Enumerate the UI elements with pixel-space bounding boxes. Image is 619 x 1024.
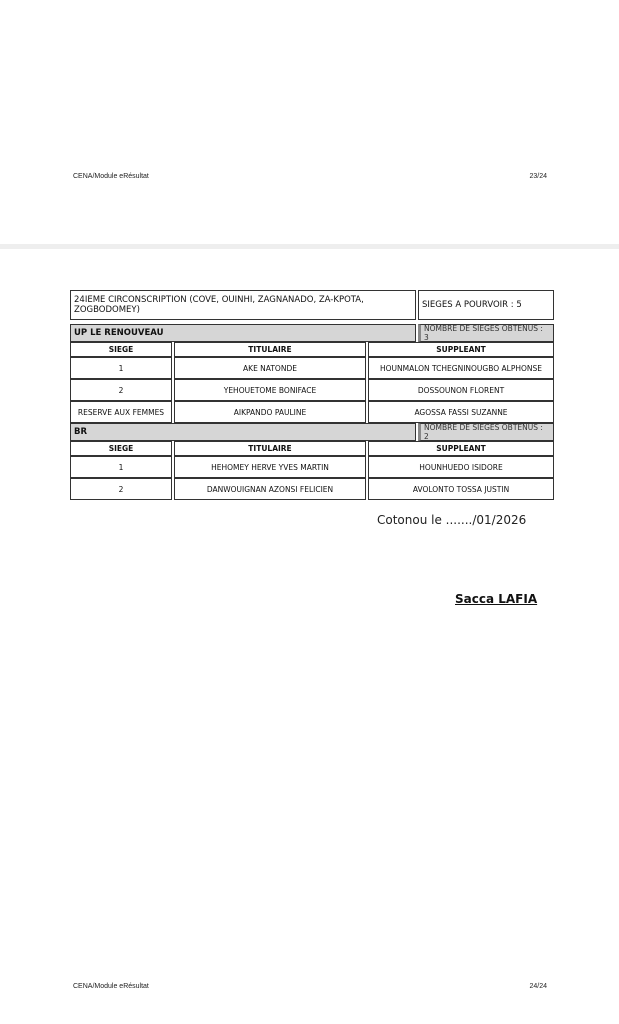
results-table: 24IEME CIRCONSCRIPTION (COVE, OUINHI, ZA…	[70, 290, 554, 500]
place-date-line: Cotonou le ......./01/2026	[377, 513, 526, 527]
column-headers: SIEGE TITULAIRE SUPPLEANT	[70, 342, 554, 357]
footer-source-label: CENA/Module eRésultat	[73, 983, 149, 990]
page-footer-23: CENA/Module eRésultat 23/24	[73, 173, 547, 180]
column-headers: SIEGE TITULAIRE SUPPLEANT	[70, 441, 554, 456]
party-header: UP LE RENOUVEAU NOMBRE DE SIEGES OBTENUS…	[70, 324, 554, 342]
page-footer-24: CENA/Module eRésultat 24/24	[73, 983, 547, 990]
suppleant-cell: AVOLONTO TOSSA JUSTIN	[368, 478, 554, 500]
constituency-header: 24IEME CIRCONSCRIPTION (COVE, OUINHI, ZA…	[70, 290, 554, 320]
party-name: UP LE RENOUVEAU	[70, 324, 416, 342]
siege-cell: 1	[70, 357, 172, 379]
party-name: BR	[70, 423, 416, 441]
footer-source-label: CENA/Module eRésultat	[73, 173, 149, 180]
table-row: 1 AKE NATONDE HOUNMALON TCHEGNINOUGBO AL…	[70, 357, 554, 379]
titulaire-cell: DANWOUIGNAN AZONSI FELICIEN	[174, 478, 366, 500]
signatory-name: Sacca LAFIA	[455, 592, 537, 606]
suppleant-cell: HOUNMALON TCHEGNINOUGBO ALPHONSE	[368, 357, 554, 379]
page-number: 24/24	[529, 983, 547, 990]
page-number: 23/24	[529, 173, 547, 180]
siege-cell: 2	[70, 478, 172, 500]
party-seats-obtained: NOMBRE DE SIEGES OBTENUS : 3	[418, 324, 554, 342]
suppleant-cell: DOSSOUNON FLORENT	[368, 379, 554, 401]
titulaire-cell: YEHOUETOME BONIFACE	[174, 379, 366, 401]
col-titulaire: TITULAIRE	[174, 342, 366, 357]
seats-to-fill: SIEGES A POURVOIR : 5	[418, 290, 554, 320]
titulaire-cell: HEHOMEY HERVE YVES MARTIN	[174, 456, 366, 478]
titulaire-cell: AKE NATONDE	[174, 357, 366, 379]
col-suppleant: SUPPLEANT	[368, 342, 554, 357]
siege-cell: 1	[70, 456, 172, 478]
table-row: RESERVE AUX FEMMES AIKPANDO PAULINE AGOS…	[70, 401, 554, 423]
party-header: BR NOMBRE DE SIEGES OBTENUS : 2	[70, 423, 554, 441]
constituency-name: 24IEME CIRCONSCRIPTION (COVE, OUINHI, ZA…	[70, 290, 416, 320]
table-row: 2 YEHOUETOME BONIFACE DOSSOUNON FLORENT	[70, 379, 554, 401]
table-row: 1 HEHOMEY HERVE YVES MARTIN HOUNHUEDO IS…	[70, 456, 554, 478]
col-siege: SIEGE	[70, 441, 172, 456]
col-titulaire: TITULAIRE	[174, 441, 366, 456]
siege-cell: RESERVE AUX FEMMES	[70, 401, 172, 423]
col-siege: SIEGE	[70, 342, 172, 357]
siege-cell: 2	[70, 379, 172, 401]
suppleant-cell: AGOSSA FASSI SUZANNE	[368, 401, 554, 423]
suppleant-cell: HOUNHUEDO ISIDORE	[368, 456, 554, 478]
page-separator	[0, 244, 619, 249]
titulaire-cell: AIKPANDO PAULINE	[174, 401, 366, 423]
table-row: 2 DANWOUIGNAN AZONSI FELICIEN AVOLONTO T…	[70, 478, 554, 500]
party-seats-obtained: NOMBRE DE SIEGES OBTENUS : 2	[418, 423, 554, 441]
col-suppleant: SUPPLEANT	[368, 441, 554, 456]
